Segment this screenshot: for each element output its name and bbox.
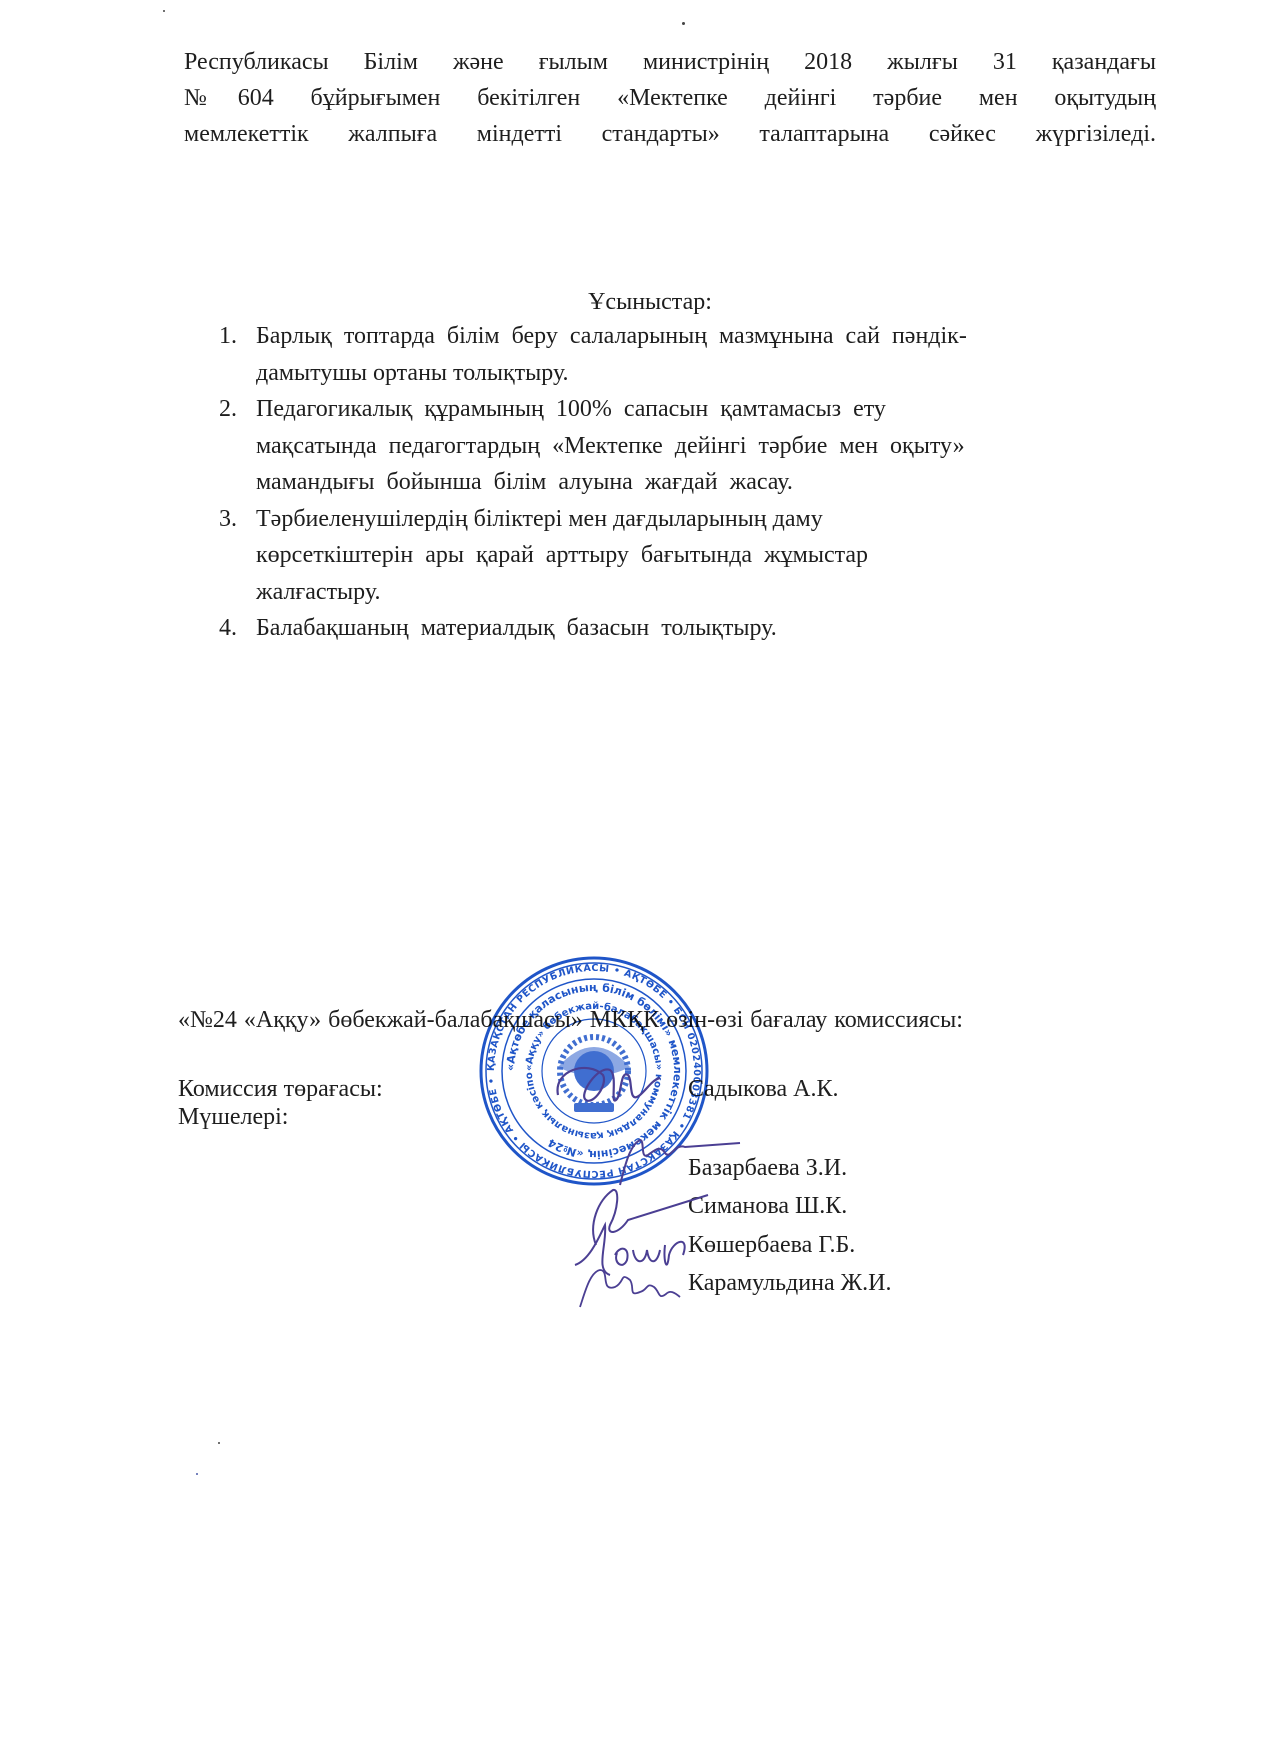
document-page: Республикасы Білім және ғылым министріні…	[0, 0, 1275, 1755]
chair-label: Комиссия төрағасы:	[178, 1075, 383, 1103]
member-signature-icon	[570, 1262, 690, 1312]
member-name: Карамульдина Ж.И.	[688, 1269, 891, 1297]
chair-name: Садыкова А.К.	[688, 1075, 838, 1103]
commission-signature-block: «№24 «Аққу» бөбекжай-балабақшасы» МКҚК ө…	[0, 0, 1275, 1755]
members-label: Мүшелері:	[178, 1103, 288, 1131]
chair-signature-icon	[548, 1050, 668, 1120]
